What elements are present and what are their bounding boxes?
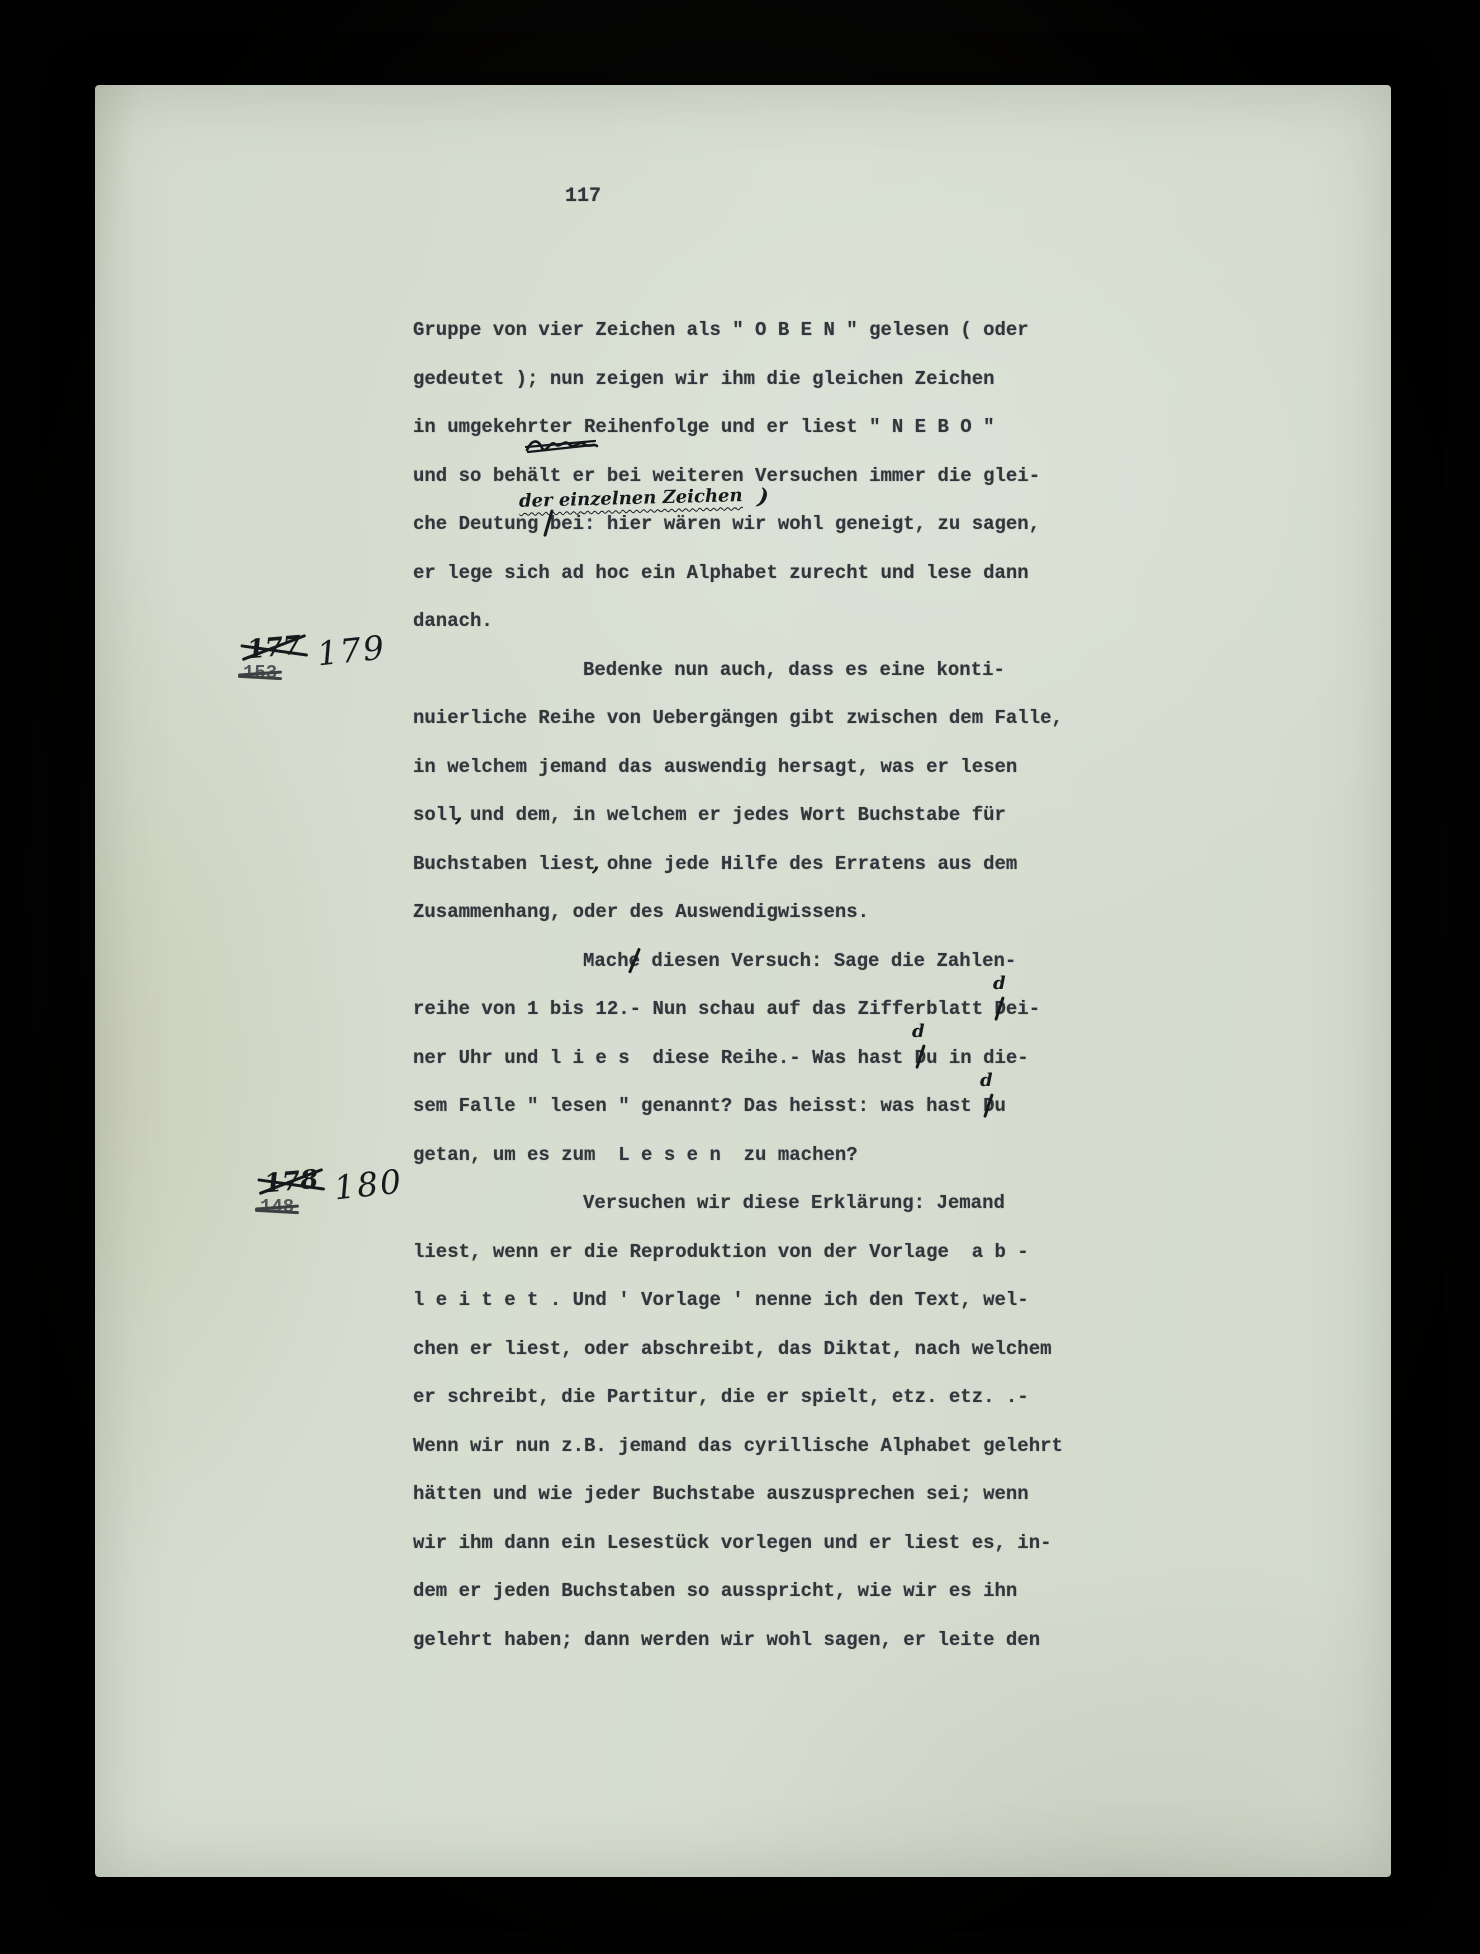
text-line: Gruppe von vier Zeichen als " O B E N " … — [413, 306, 1173, 355]
text-line: er lege sich ad hoc ein Alphabet zurecht… — [413, 549, 1173, 598]
text-line: Bedenke nun auch, dass es eine konti- — [413, 646, 1173, 695]
text-line: Versuchen wir diese Erklärung: Jemand — [413, 1179, 1173, 1228]
margin-note-2: 178 148 180 — [260, 1167, 430, 1237]
handwritten-insertion-text: der einzelnen Zeichen — [519, 485, 743, 512]
text-line: ner Uhr und l i e s diese Reihe.- Was ha… — [413, 1034, 1173, 1083]
handwritten-insertion-paren: ) — [756, 483, 770, 510]
margin-note-2-old-handwritten-number: 178 — [263, 1165, 320, 1200]
text-line: dem er jeden Buchstaben so ausspricht, w… — [413, 1567, 1173, 1616]
text-line: Wenn wir nun z.B. jemand das cyrillische… — [413, 1422, 1173, 1471]
margin-note-1-old-typed-number: 153 — [243, 662, 277, 684]
lowercase-d-correction-1: d — [993, 973, 1006, 994]
text-line: in welchem jemand das auswendig hersagt,… — [413, 743, 1173, 792]
document-page: 117 Gruppe von vier Zeichen als " O B E … — [95, 85, 1391, 1877]
text-line: getan, um es zum L e s e n zu machen? — [413, 1131, 1173, 1180]
text-line: chen er liest, oder abschreibt, das Dikt… — [413, 1325, 1173, 1374]
margin-note-2-new-number: 180 — [332, 1162, 405, 1208]
margin-note-1-old-handwritten-number: 177 — [246, 631, 303, 666]
text-line: nuierliche Reihe von Uebergängen gibt zw… — [413, 694, 1173, 743]
text-line: hätten und wie jeder Buchstabe auszuspre… — [413, 1470, 1173, 1519]
text-line: wir ihm dann ein Lesestück vorlegen und … — [413, 1519, 1173, 1568]
inserted-comma-2: , — [592, 850, 600, 876]
text-line: l e i t e t . Und ' Vorlage ' nenne ich … — [413, 1276, 1173, 1325]
lowercase-d-correction-3: d — [980, 1070, 993, 1091]
photo-background: 117 Gruppe von vier Zeichen als " O B E … — [0, 0, 1480, 1954]
lowercase-d-correction-2: d — [912, 1021, 925, 1042]
text-line: reihe von 1 bis 12.- Nun schau auf das Z… — [413, 985, 1173, 1034]
inserted-comma-1: , — [455, 801, 463, 827]
scribble-strikeout — [523, 435, 601, 457]
margin-note-1-new-number: 179 — [315, 628, 388, 674]
text-line: Buchstaben liest ohne jede Hilfe des Err… — [413, 840, 1173, 889]
text-line: danach. — [413, 597, 1173, 646]
text-line: er schreibt, die Partitur, die er spielt… — [413, 1373, 1173, 1422]
text-line: gelehrt haben; dann werden wir wohl sage… — [413, 1616, 1173, 1665]
text-line: liest, wenn er die Reproduktion von der … — [413, 1228, 1173, 1277]
text-line: soll und dem, in welchem er jedes Wort B… — [413, 791, 1173, 840]
margin-note-1: 177 153 179 — [243, 633, 413, 703]
text-line: sem Falle " lesen " genannt? Das heisst:… — [413, 1082, 1173, 1131]
text-line: gedeutet ); nun zeigen wir ihm die gleic… — [413, 355, 1173, 404]
text-line: Zusammenhang, oder des Auswendigwissens. — [413, 888, 1173, 937]
handwritten-insertion: der einzelnen Zeichen ) — [519, 484, 769, 510]
page-number: 117 — [543, 185, 623, 208]
margin-note-2-old-typed-number: 148 — [260, 1196, 294, 1218]
text-line: Mache diesen Versuch: Sage die Zahlen- — [413, 937, 1173, 986]
